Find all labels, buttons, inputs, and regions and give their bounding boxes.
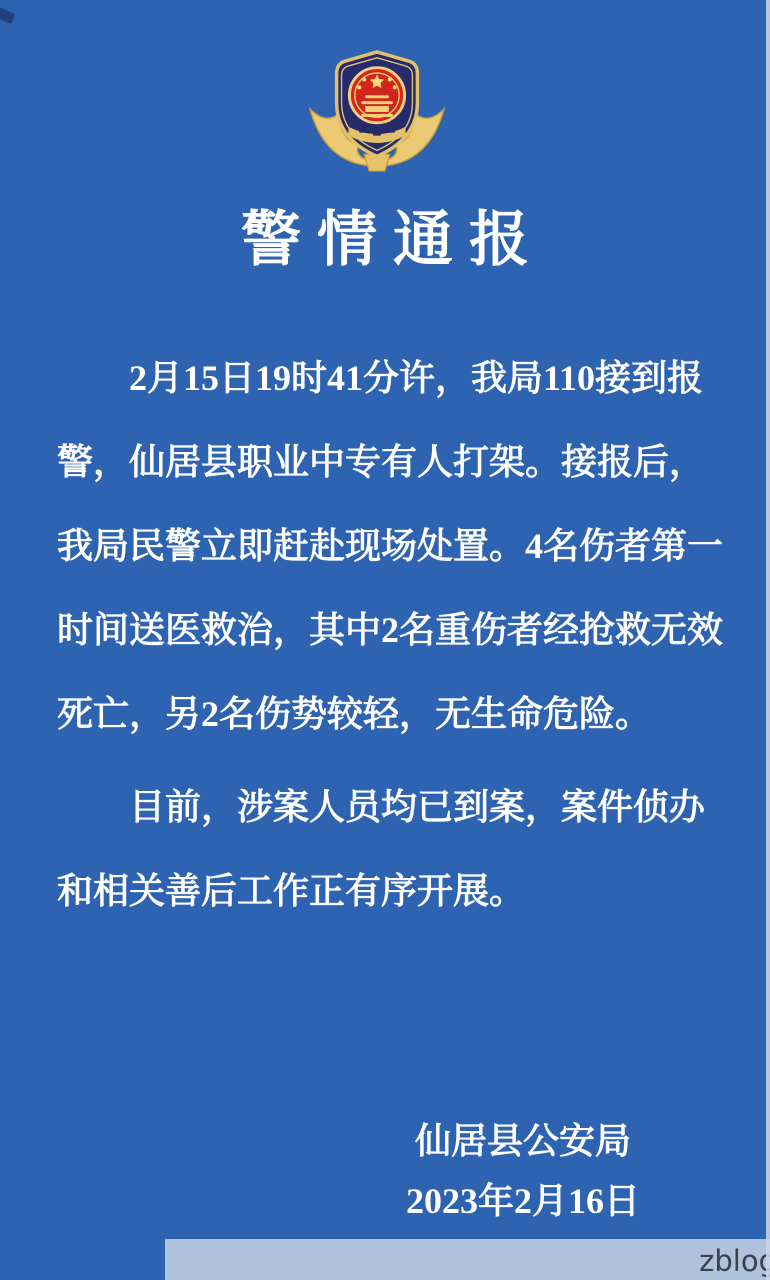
corner-artifact (0, 7, 15, 24)
body-line: 目前，涉案人员均已到案，案件侦办 (57, 765, 697, 849)
notice-body: 2月15日19时41分许，我局110接到报 警，仙居县职业中专有人打架。接报后，… (57, 336, 697, 933)
right-edge-strip (766, 0, 770, 1280)
police-notice-poster: 警情通报 2月15日19时41分许，我局110接到报 警，仙居县职业中专有人打架… (0, 0, 770, 1280)
body-line: 警，仙居县职业中专有人打架。接报后， (57, 420, 697, 504)
signature-block: 仙居县公安局 2023年2月16日 (406, 1118, 640, 1224)
body-line: 和相关善后工作正有序开展。 (57, 849, 697, 933)
signature-date: 2023年2月16日 (406, 1178, 640, 1224)
police-emblem-icon (303, 46, 451, 176)
notice-title: 警情通报 (0, 192, 770, 278)
body-line: 死亡，另2名伤势较轻，无生命危险。 (57, 672, 697, 756)
watermark-bar: zblog (165, 1239, 770, 1280)
paragraph-1: 2月15日19时41分许，我局110接到报 警，仙居县职业中专有人打架。接报后，… (57, 336, 697, 756)
paragraph-2: 目前，涉案人员均已到案，案件侦办 和相关善后工作正有序开展。 (57, 765, 697, 933)
watermark-text: zblog (699, 1244, 770, 1278)
body-line: 时间送医救治，其中2名重伤者经抢救无效 (57, 588, 697, 672)
body-line: 我局民警立即赶赴现场处置。4名伤者第一 (57, 504, 697, 588)
body-line: 2月15日19时41分许，我局110接到报 (57, 336, 697, 420)
signature-agency: 仙居县公安局 (406, 1118, 640, 1164)
